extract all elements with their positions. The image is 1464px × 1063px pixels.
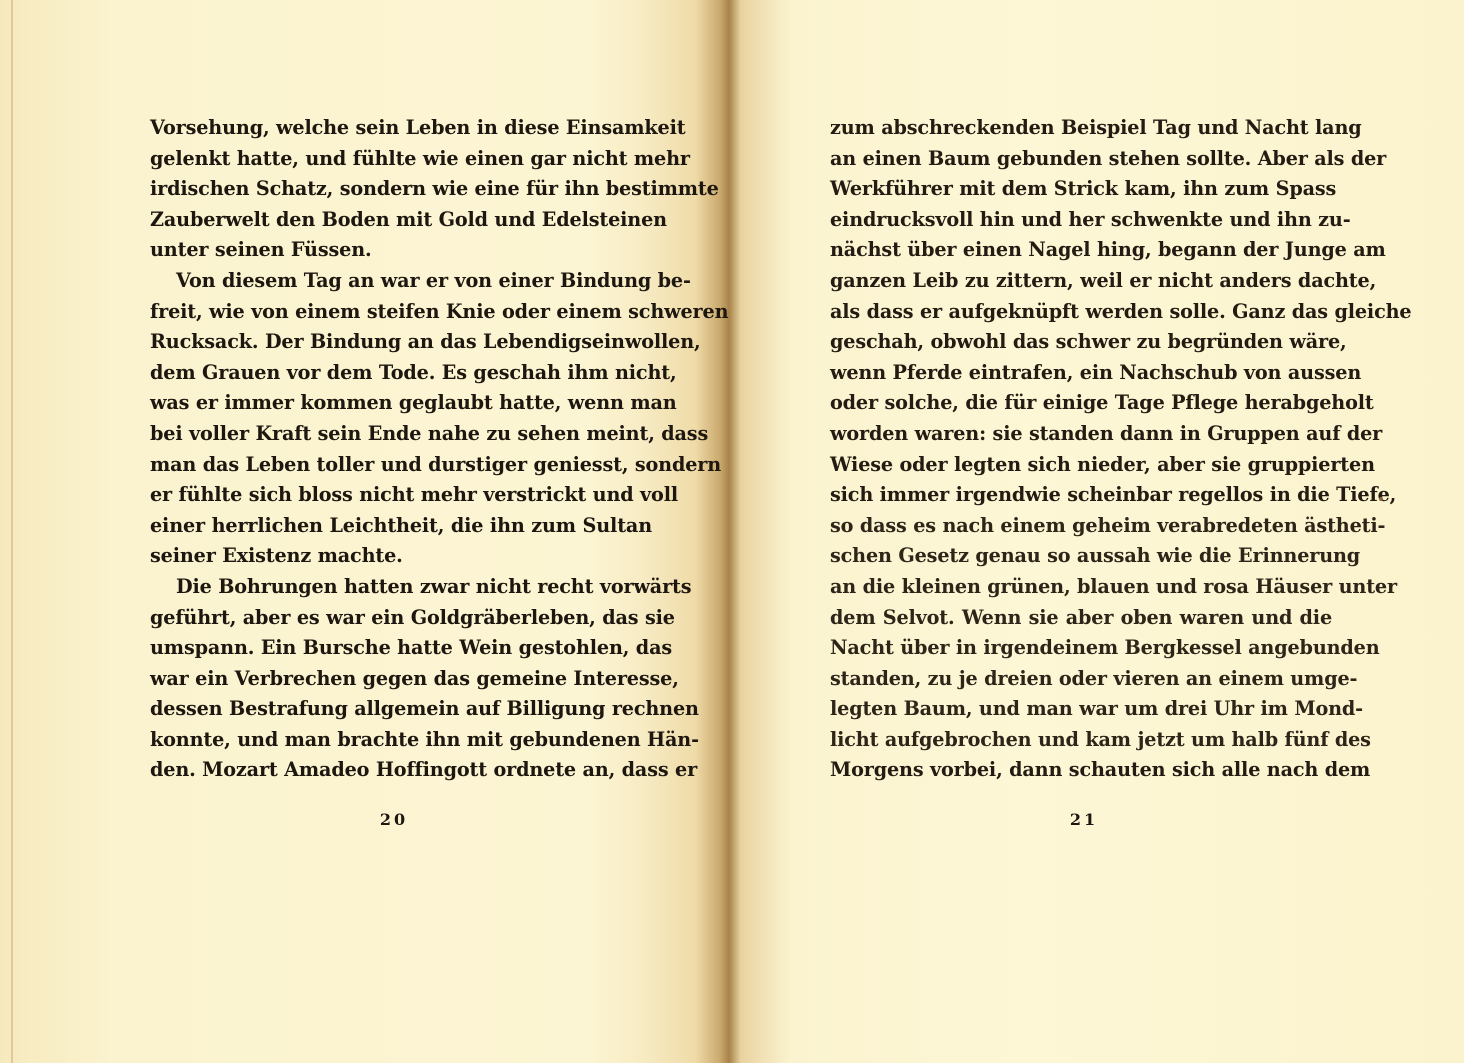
text-line: ganzen Leib zu zittern, weil er nicht an… <box>830 266 1332 297</box>
text-line: sich immer irgendwie scheinbar regellos … <box>830 480 1332 511</box>
text-line: wenn Pferde eintrafen, ein Nachschub von… <box>830 358 1332 389</box>
paragraph-start-line: Von diesem Tag an war er von einer Bindu… <box>150 266 652 297</box>
text-line: an einen Baum gebunden stehen sollte. Ab… <box>830 144 1332 175</box>
text-line: licht aufgebrochen und kam jetzt um halb… <box>830 725 1332 756</box>
text-line: an die kleinen grünen, blauen und rosa H… <box>830 572 1332 603</box>
text-line: legten Baum, und man war um drei Uhr im … <box>830 694 1332 725</box>
text-line: geführt, aber es war ein Goldgräberleben… <box>150 603 652 634</box>
text-line: den. Mozart Amadeo Hoffingott ordnete an… <box>150 755 652 786</box>
text-line: gelenkt hatte, und fühlte wie einen gar … <box>150 144 652 175</box>
text-line: nächst über einen Nagel hing, begann der… <box>830 235 1332 266</box>
text-line: als dass er aufgeknüpft werden solle. Ga… <box>830 297 1332 328</box>
page-edge <box>11 0 13 1063</box>
text-line: zum abschreckenden Beispiel Tag und Nach… <box>830 113 1332 144</box>
text-line: was er immer kommen geglaubt hatte, wenn… <box>150 388 652 419</box>
text-line: Rucksack. Der Bindung an das Lebendigsei… <box>150 327 652 358</box>
text-line: worden waren: sie standen dann in Gruppe… <box>830 419 1332 450</box>
text-line: seiner Existenz machte. <box>150 541 652 572</box>
paper-speck <box>1379 497 1383 501</box>
page-number: 21 <box>1044 810 1124 829</box>
text-line: oder solche, die für einige Tage Pflege … <box>830 388 1332 419</box>
book-spread: Vorsehung, welche sein Leben in diese Ei… <box>0 0 1464 1063</box>
text-line: umspann. Ein Bursche hatte Wein gestohle… <box>150 633 652 664</box>
text-line: Nacht über in irgendeinem Bergkessel ang… <box>830 633 1332 664</box>
text-line: eindrucksvoll hin und her schwenkte und … <box>830 205 1332 236</box>
text-line: einer herrlichen Leichtheit, die ihn zum… <box>150 511 652 542</box>
text-line: standen, zu je dreien oder vieren an ein… <box>830 664 1332 695</box>
text-line: freit, wie von einem steifen Knie oder e… <box>150 297 652 328</box>
text-line: unter seinen Füssen. <box>150 235 652 266</box>
text-line: Werkführer mit dem Strick kam, ihn zum S… <box>830 174 1332 205</box>
text-line: irdischen Schatz, sondern wie eine für i… <box>150 174 652 205</box>
text-line: konnte, und man brachte ihn mit gebunden… <box>150 725 652 756</box>
text-line: Zauberwelt den Boden mit Gold und Edelst… <box>150 205 652 236</box>
text-line: schen Gesetz genau so aussah wie die Eri… <box>830 541 1332 572</box>
text-line: bei voller Kraft sein Ende nahe zu sehen… <box>150 419 652 450</box>
text-line: er fühlte sich bloss nicht mehr verstric… <box>150 480 652 511</box>
paragraph-start-line: Die Bohrungen hatten zwar nicht recht vo… <box>150 572 652 603</box>
right-page-text: zum abschreckenden Beispiel Tag und Nach… <box>830 113 1332 786</box>
text-line: Wiese oder legten sich nieder, aber sie … <box>830 450 1332 481</box>
text-line: Morgens vorbei, dann schauten sich alle … <box>830 755 1332 786</box>
text-line: Vorsehung, welche sein Leben in diese Ei… <box>150 113 652 144</box>
text-line: dem Grauen vor dem Tode. Es geschah ihm … <box>150 358 652 389</box>
left-page-text: Vorsehung, welche sein Leben in diese Ei… <box>150 113 652 786</box>
text-line: dem Selvot. Wenn sie aber oben waren und… <box>830 603 1332 634</box>
page-number: 20 <box>354 810 434 829</box>
text-line: dessen Bestrafung allgemein auf Billigun… <box>150 694 652 725</box>
text-line: man das Leben toller und durstiger genie… <box>150 450 652 481</box>
text-line: so dass es nach einem geheim verabredete… <box>830 511 1332 542</box>
text-line: geschah, obwohl das schwer zu begründen … <box>830 327 1332 358</box>
text-line: war ein Verbrechen gegen das gemeine Int… <box>150 664 652 695</box>
